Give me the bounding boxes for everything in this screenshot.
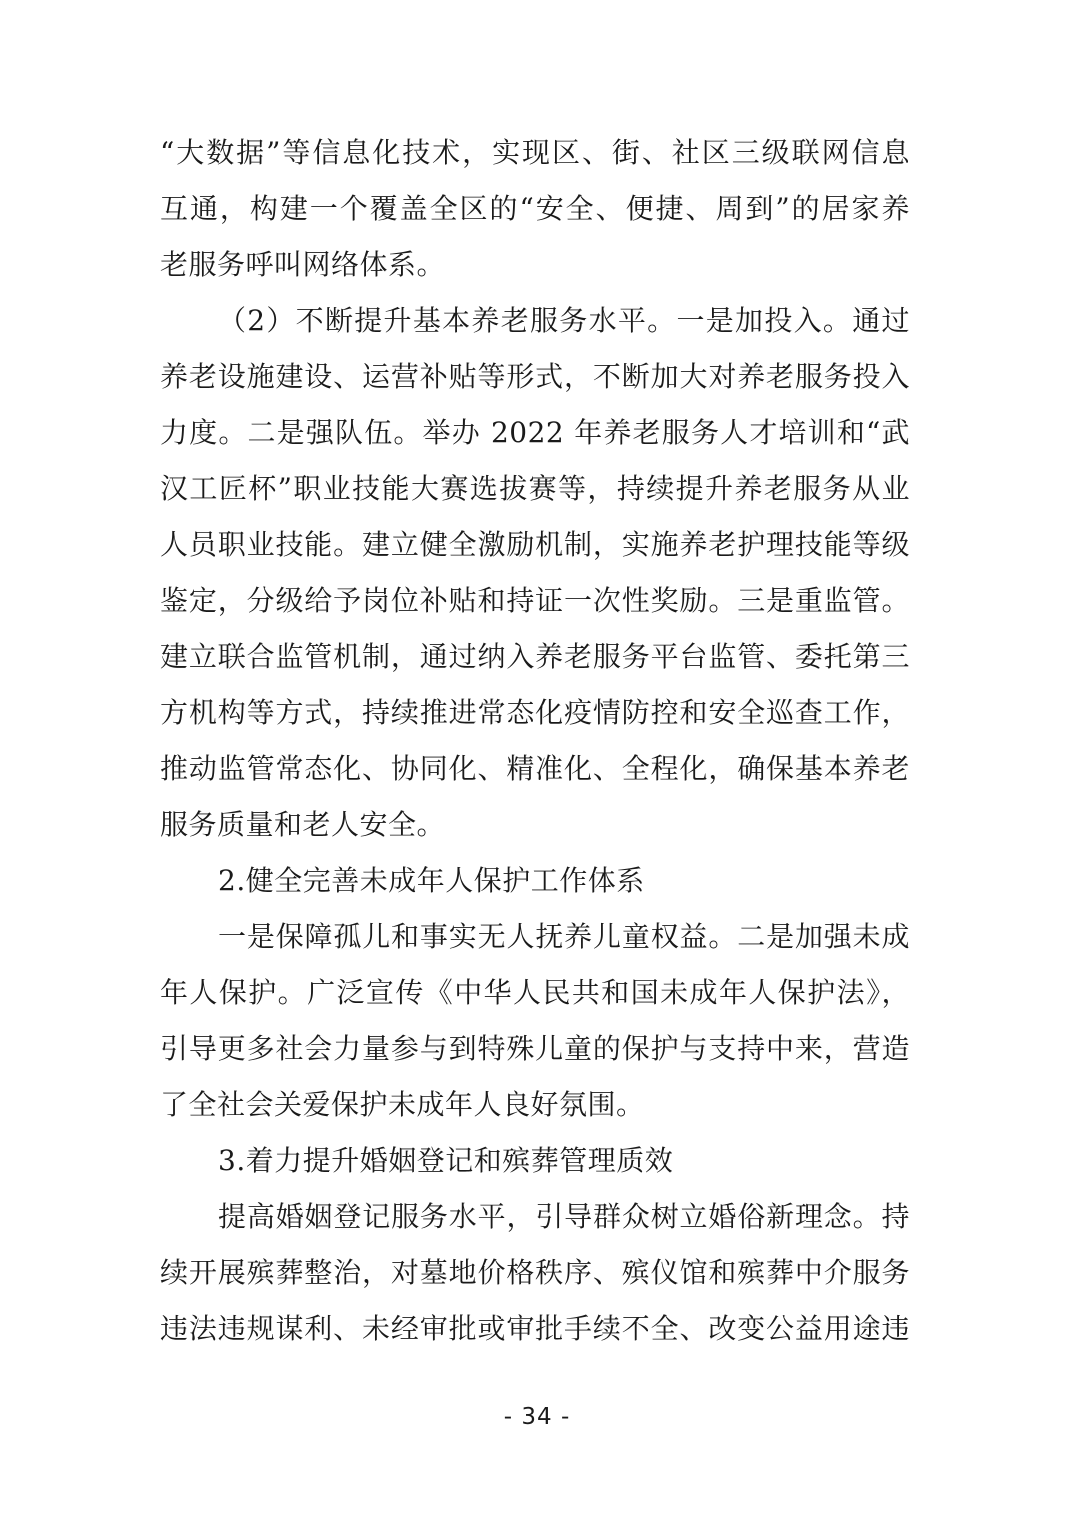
text-line: 引导更多社会力量参与到特殊儿童的保护与支持中来，营造 <box>160 1021 910 1077</box>
text-line: 推动监管常态化、协同化、精准化、全程化，确保基本养老 <box>160 741 910 797</box>
text-line: 年人保护。广泛宣传《中华人民共和国未成年人保护法》， <box>160 965 910 1021</box>
text-line: “大数据”等信息化技术，实现区、街、社区三级联网信息 <box>160 125 910 181</box>
text-line: 提高婚姻登记服务水平，引导群众树立婚俗新理念。持 <box>160 1189 910 1245</box>
text-line: （2）不断提升基本养老服务水平。一是加投入。通过 <box>160 293 910 349</box>
text-line: 鉴定，分级给予岗位补贴和持证一次性奖励。三是重监管。 <box>160 573 910 629</box>
text-line: 老服务呼叫网络体系。 <box>160 237 910 293</box>
text-line: 方机构等方式，持续推进常态化疫情防控和安全巡查工作， <box>160 685 910 741</box>
text-line: 一是保障孤儿和事实无人抚养儿童权益。二是加强未成 <box>160 909 910 965</box>
page-number: - 34 - <box>0 1402 1074 1432</box>
text-line: 2.健全完善未成年人保护工作体系 <box>160 853 910 909</box>
text-line: 违法违规谋利、未经审批或审批手续不全、改变公益用途违 <box>160 1301 910 1357</box>
text-line: 互通，构建一个覆盖全区的“安全、便捷、周到”的居家养 <box>160 181 910 237</box>
text-line: 了全社会关爱保护未成年人良好氛围。 <box>160 1077 910 1133</box>
document-body: “大数据”等信息化技术，实现区、街、社区三级联网信息互通，构建一个覆盖全区的“安… <box>160 125 910 1357</box>
text-line: 3.着力提升婚姻登记和殡葬管理质效 <box>160 1133 910 1189</box>
text-line: 服务质量和老人安全。 <box>160 797 910 853</box>
text-line: 建立联合监管机制，通过纳入养老服务平台监管、委托第三 <box>160 629 910 685</box>
text-line: 汉工匠杯”职业技能大赛选拔赛等，持续提升养老服务从业 <box>160 461 910 517</box>
document-page: “大数据”等信息化技术，实现区、街、社区三级联网信息互通，构建一个覆盖全区的“安… <box>0 0 1074 1520</box>
text-line: 人员职业技能。建立健全激励机制，实施养老护理技能等级 <box>160 517 910 573</box>
text-line: 续开展殡葬整治，对墓地价格秩序、殡仪馆和殡葬中介服务 <box>160 1245 910 1301</box>
text-line: 力度。二是强队伍。举办 2022 年养老服务人才培训和“武 <box>160 405 910 461</box>
text-line: 养老设施建设、运营补贴等形式，不断加大对养老服务投入 <box>160 349 910 405</box>
